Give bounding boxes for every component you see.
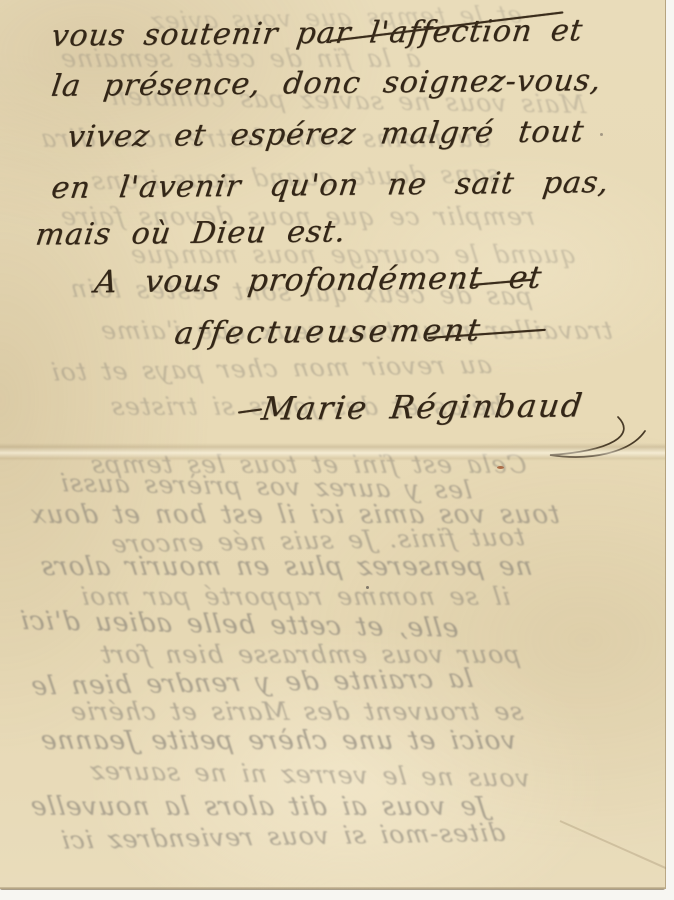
letter-body-line: vivez et espérez malgré tout	[65, 114, 586, 154]
scanned-letter-page: et le temps que vous aviez à la fin de c…	[0, 0, 674, 900]
letter-body-line: la présence, donc soignez-vous,	[49, 63, 603, 104]
scanner-background	[666, 0, 674, 900]
letter-body-line: mais où Dieu est.	[34, 214, 349, 252]
bleedthrough-line: se trouvent des Maris et chérie	[68, 697, 525, 726]
bleedthrough-line: ne penserez plus en mourir alors	[38, 552, 534, 582]
fold-crease	[0, 443, 665, 461]
bleedthrough-line: voici et une chère petite Jeanne	[38, 726, 518, 756]
letter-closing-line: A vous profondément et	[92, 260, 544, 301]
letter-body-line: en l'avenir qu'on ne sait pas,	[49, 165, 611, 206]
rust-speck	[497, 466, 504, 469]
ink-speck	[600, 133, 603, 136]
scanner-background	[0, 890, 674, 900]
bleedthrough-line: Je vous ai dit alors la nouvelle	[28, 792, 489, 822]
bleedthrough-line: il se nomme rapporté par moi	[78, 582, 512, 611]
ink-speck	[366, 586, 369, 589]
letter-closing-line: affectueusement	[172, 312, 484, 351]
